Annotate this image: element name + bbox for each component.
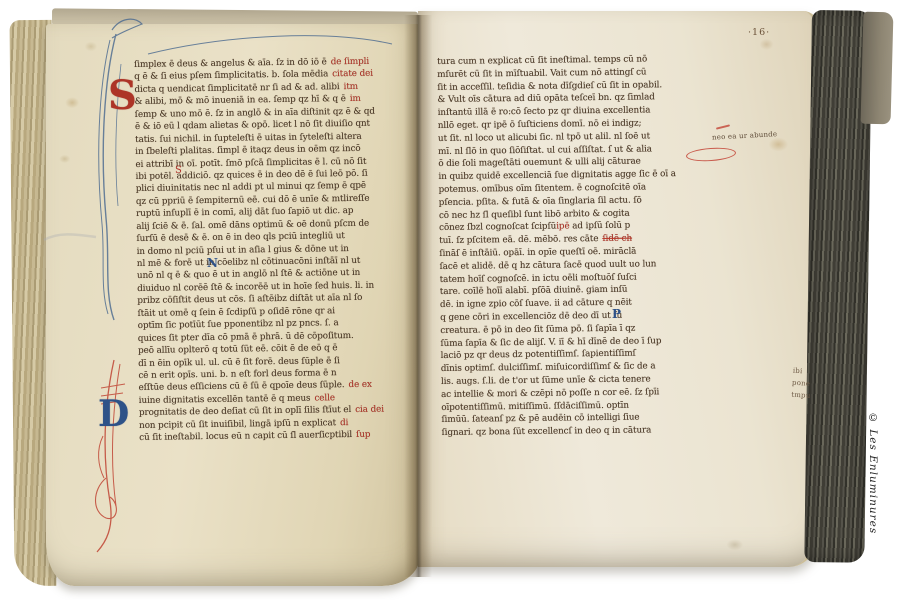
small-red-initial-S: S (175, 166, 182, 176)
left-page-text-block: ſimplex ē deus & angelus & aīa. ſz in dō… (134, 57, 388, 471)
photo-credit: © Les Enluminures (867, 412, 879, 572)
book-gutter (404, 15, 432, 577)
margin-note-bottom: ibi pone tmpu (791, 365, 833, 404)
decorated-initial-S-red: S (108, 76, 137, 116)
folio-number: ·16· (748, 27, 770, 38)
manuscript-photo: ſimplex ē deus & angelus & aīa. ſz in dō… (0, 0, 905, 600)
inline-initial-N-blue: N (207, 257, 218, 269)
decorated-initial-D-blue: D (98, 396, 129, 432)
back-cover-corner (861, 12, 894, 125)
right-page-text-block: tura cum n explicat cū ſit ineſtimal. te… (437, 53, 744, 453)
inline-initial-P-blue: P (612, 308, 621, 320)
